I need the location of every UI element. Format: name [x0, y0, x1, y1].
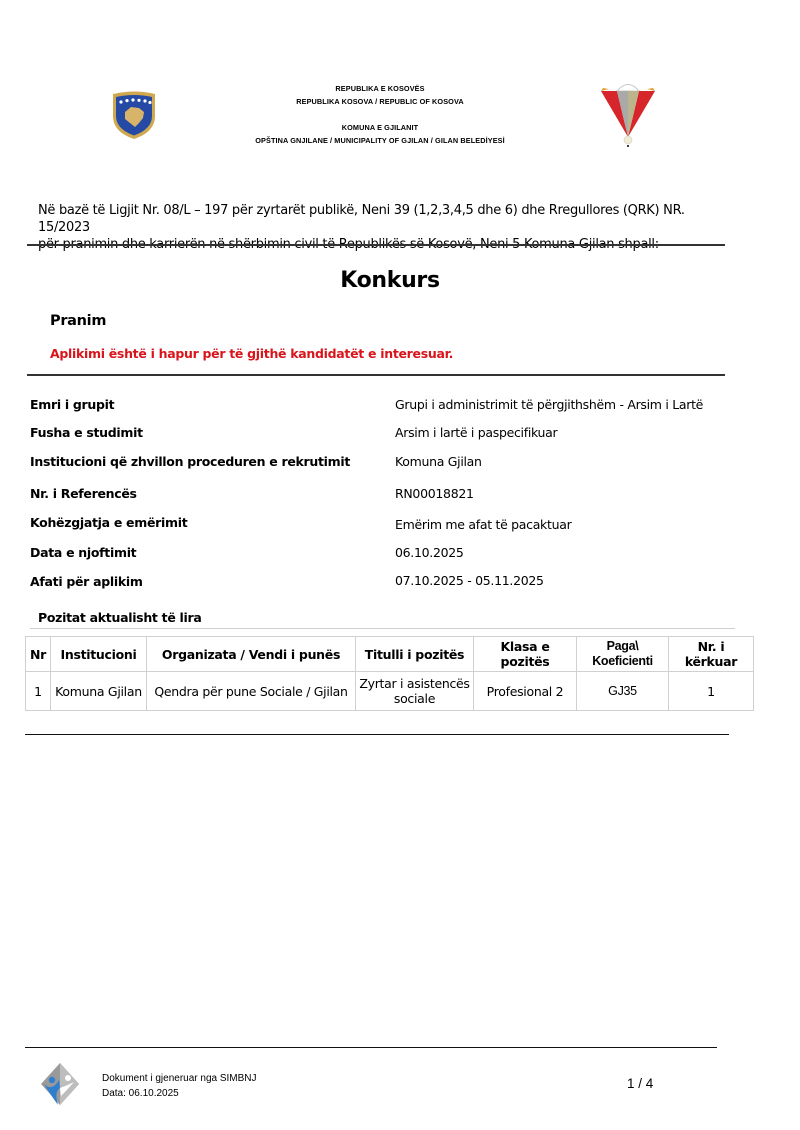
header-line-1: REPUBLIKA E KOSOVËS	[180, 82, 580, 95]
section-underline	[30, 628, 735, 629]
generated-date-text: Data: 06.10.2025	[102, 1086, 257, 1101]
field-value: Emërim me afat të pacaktuar	[395, 517, 571, 532]
page-number: 1 / 4	[627, 1076, 653, 1091]
field-value: Arsim i lartë i paspecifikuar	[395, 425, 557, 440]
column-header-position-title: Titulli i pozitës	[356, 637, 474, 672]
cell-required-count: 1	[669, 672, 754, 711]
field-value: 06.10.2025	[395, 545, 464, 560]
field-value: RN00018821	[395, 486, 474, 501]
table-header-row: Nr Institucioni Organizata / Vendi i pun…	[26, 637, 754, 672]
eligibility-notice: Aplikimi është i hapur për të gjithë kan…	[50, 346, 453, 361]
divider	[27, 374, 725, 376]
document-header: REPUBLIKA E KOSOVËS REPUBLIKA KOSOVA / R…	[0, 0, 800, 160]
field-label: Kohëzgjatja e emërimit	[30, 515, 187, 530]
header-line-4: OPŠTINA GNJILANE / MUNICIPALITY OF GJILA…	[180, 134, 580, 147]
gjilan-emblem-icon	[599, 82, 657, 148]
column-header-institution: Institucioni	[51, 637, 147, 672]
footer-info: Dokument i gjeneruar nga SIMBNJ Data: 06…	[102, 1071, 257, 1101]
municipality-header: KOMUNA E GJILANIT OPŠTINA GNJILANE / MUN…	[180, 121, 580, 147]
page-title: Konkurs	[0, 268, 780, 293]
intro-line-1: Në bazë të Ligjit Nr. 08/L – 197 për zyr…	[38, 202, 738, 236]
field-label: Data e njoftimit	[30, 545, 136, 560]
divider	[27, 244, 725, 246]
table-row: 1 Komuna Gjilan Qendra për pune Sociale …	[26, 672, 754, 711]
column-header-salary-coefficient: Paga\ Koeficienti	[577, 637, 669, 672]
simbnj-logo-icon	[40, 1062, 80, 1106]
field-label: Fusha e studimit	[30, 425, 143, 440]
header-line-2: REPUBLIKA KOSOVA / REPUBLIC OF KOSOVA	[180, 95, 580, 108]
announcement-type: Pranim	[50, 313, 106, 329]
cell-nr: 1	[26, 672, 51, 711]
state-header: REPUBLIKA E KOSOVËS REPUBLIKA KOSOVA / R…	[180, 82, 580, 108]
cell-position-title: Zyrtar i asistencës sociale	[356, 672, 474, 711]
cell-institution: Komuna Gjilan	[51, 672, 147, 711]
footer-divider	[25, 1047, 717, 1048]
field-label: Nr. i Referencës	[30, 486, 137, 501]
positions-table: Nr Institucioni Organizata / Vendi i pun…	[25, 636, 754, 711]
column-header-required-count: Nr. i kërkuar	[669, 637, 754, 672]
cell-salary-coefficient: GJ35	[577, 672, 669, 711]
field-value: Komuna Gjilan	[395, 454, 482, 469]
column-header-organization: Organizata / Vendi i punës	[147, 637, 356, 672]
field-value: Grupi i administrimit të përgjithshëm - …	[395, 397, 703, 412]
divider	[25, 734, 729, 735]
field-value: 07.10.2025 - 05.11.2025	[395, 573, 544, 588]
kosovo-coat-of-arms-icon	[111, 90, 157, 140]
cell-position-class: Profesional 2	[474, 672, 577, 711]
positions-section-title: Pozitat aktualisht të lira	[38, 610, 202, 625]
column-header-position-class: Klasa e pozitës	[474, 637, 577, 672]
field-label: Emri i grupit	[30, 397, 114, 412]
cell-organization: Qendra për pune Sociale / Gjilan	[147, 672, 356, 711]
field-label: Institucioni që zhvillon proceduren e re…	[30, 454, 350, 469]
header-line-3: KOMUNA E GJILANIT	[180, 121, 580, 134]
generated-by-text: Dokument i gjeneruar nga SIMBNJ	[102, 1071, 257, 1086]
field-label: Afati për aplikim	[30, 574, 143, 589]
column-header-nr: Nr	[26, 637, 51, 672]
